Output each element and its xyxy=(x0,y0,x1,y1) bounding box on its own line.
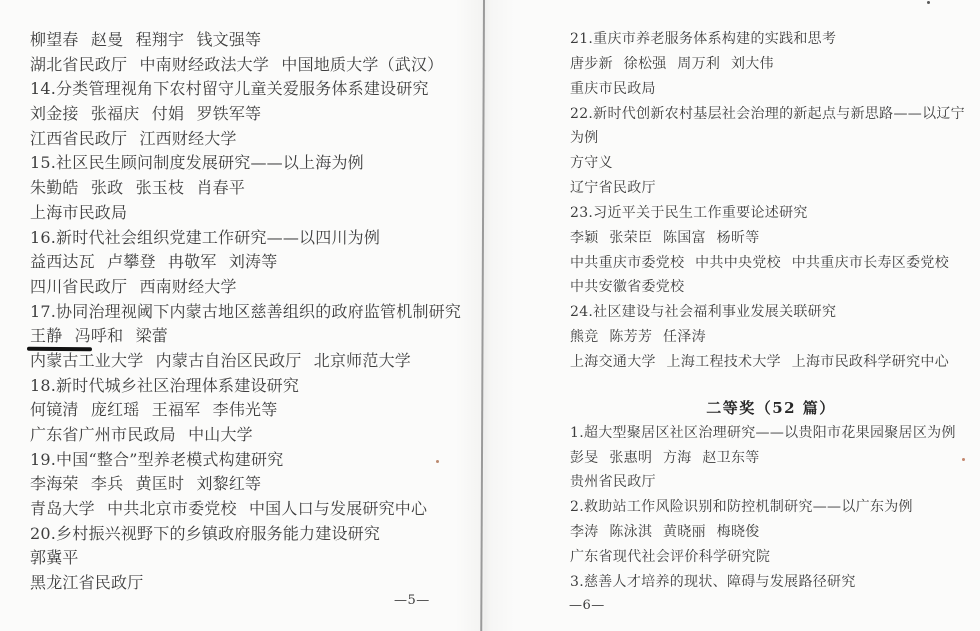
text-line: 1.超大型聚居区社区治理研究——以贵阳市花果园聚居区为例 xyxy=(570,421,972,446)
text-line: 17.协同治理视阈下内蒙古地区慈善组织的政府监管机制研究 xyxy=(30,300,474,325)
text-line: 何镜清 庞红瑶 王福军 李伟光等 xyxy=(30,398,474,423)
page-5: 柳望春 赵曼 程翔宇 钱文强等 湖北省民政厅 中南财经政法大学 中国地质大学（武… xyxy=(30,28,474,596)
pen-underline-mark xyxy=(27,347,92,352)
text-line: 熊竞 陈芳芳 任泽涛 xyxy=(570,325,972,350)
text-line: 中共安徽省委党校 xyxy=(570,275,972,300)
scan-speck xyxy=(436,460,439,463)
text-line: 3.慈善人才培养的现状、障碍与发展路径研究 xyxy=(570,570,972,595)
page-6: 21.重庆市养老服务体系构建的实践和思考 唐步新 徐松强 周万利 刘大伟 重庆市… xyxy=(570,27,972,595)
text-line: 内蒙古工业大学 内蒙古自治区民政厅 北京师范大学 xyxy=(30,349,474,374)
text-line: 青岛大学 中共北京市委党校 中国人口与发展研究中心 xyxy=(30,497,474,522)
text-line: 李颖 张荣臣 陈国富 杨昕等 xyxy=(570,226,972,251)
text-line: 江西省民政厅 江西财经大学 xyxy=(30,127,474,152)
scan-speck xyxy=(962,458,965,461)
text-line: 广东省广州市民政局 中山大学 xyxy=(30,423,474,448)
text-line: 为例 xyxy=(570,126,972,151)
text-line: 郭冀平 xyxy=(30,546,474,571)
scan-speck xyxy=(927,1,930,4)
text-line: 2.救助站工作风险识别和防控机制研究——以广东为例 xyxy=(570,495,972,520)
text-line: 24.社区建设与社会福利事业发展关联研究 xyxy=(570,300,972,325)
text-line: 益西达瓦 卢攀登 冉敬军 刘涛等 xyxy=(30,250,474,275)
text-line: 上海市民政局 xyxy=(30,201,474,226)
scanned-document: 柳望春 赵曼 程翔宇 钱文强等 湖北省民政厅 中南财经政法大学 中国地质大学（武… xyxy=(0,0,980,631)
award-tier-heading: 二等奖（52 篇） xyxy=(570,396,972,421)
text-line: 四川省民政厅 西南财经大学 xyxy=(30,275,474,300)
text-line: 14.分类管理视角下农村留守儿童关爱服务体系建设研究 xyxy=(30,77,474,102)
text-line-underlined-name: 王静 冯呼和 梁蕾 xyxy=(30,324,474,349)
text-line: 贵州省民政厅 xyxy=(570,470,972,495)
text-line: 中共重庆市委党校 中共中央党校 中共重庆市长寿区委党校 xyxy=(570,251,972,276)
text-line: 广东省现代社会评价科学研究院 xyxy=(570,545,972,570)
text-line: 辽宁省民政厅 xyxy=(570,176,972,201)
text-line: 柳望春 赵曼 程翔宇 钱文强等 xyxy=(30,28,474,53)
text-line: 18.新时代城乡社区治理体系建设研究 xyxy=(30,374,474,399)
text-line: 15.社区民生顾问制度发展研究——以上海为例 xyxy=(30,151,474,176)
text-line: 16.新时代社会组织党建工作研究——以四川为例 xyxy=(30,226,474,251)
text-line: 上海交通大学 上海工程技术大学 上海市民政科学研究中心 xyxy=(570,350,972,375)
text-line: 23.习近平关于民生工作重要论述研究 xyxy=(570,201,972,226)
text-line: 21.重庆市养老服务体系构建的实践和思考 xyxy=(570,27,972,52)
page-number-5: —5— xyxy=(394,593,430,609)
text-line: 李涛 陈泳淇 黄晓丽 梅晓俊 xyxy=(570,520,972,545)
text-line: 湖北省民政厅 中南财经政法大学 中国地质大学（武汉） xyxy=(30,53,474,78)
text-line: 刘金接 张福庆 付娟 罗铁军等 xyxy=(30,102,474,127)
text-line: 19.中国“整合”型养老模式构建研究 xyxy=(30,448,474,473)
page-number-6: —6— xyxy=(569,598,605,614)
text-line: 朱勤皓 张政 张玉枝 肖春平 xyxy=(30,176,474,201)
text-line: 重庆市民政局 xyxy=(570,77,972,102)
text-line: 20.乡村振兴视野下的乡镇政府服务能力建设研究 xyxy=(30,522,474,547)
text-line: 22.新时代创新农村基层社会治理的新起点与新思路——以辽宁 xyxy=(570,102,972,127)
text-line: 李海荣 李兵 黄匡时 刘黎红等 xyxy=(30,472,474,497)
text-line: 方守义 xyxy=(570,151,972,176)
text-line: 彭旻 张惠明 方海 赵卫东等 xyxy=(570,446,972,471)
text-line: 唐步新 徐松强 周万利 刘大伟 xyxy=(570,52,972,77)
